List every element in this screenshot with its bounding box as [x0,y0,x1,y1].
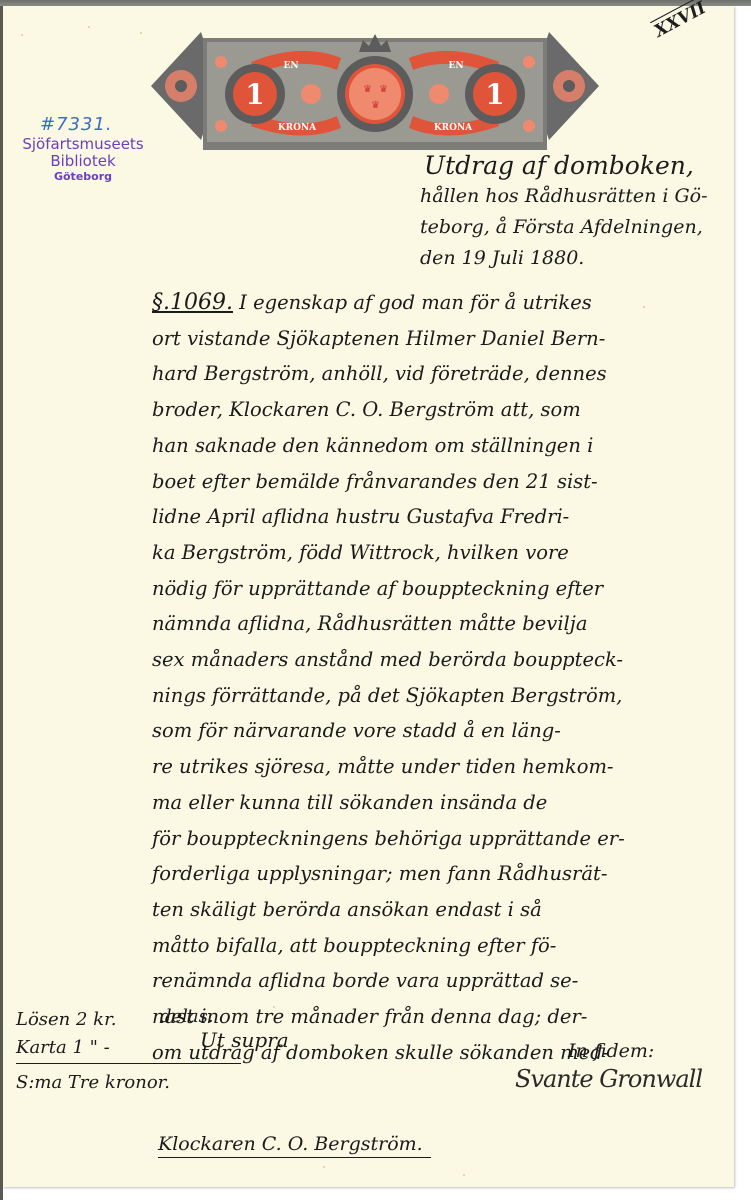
in-fidem: In fidem: [568,1040,654,1062]
heading-line2: hållen hos Rådhusrätten i Gö- [420,181,750,212]
stamp-bottom-label-left: KRONA [278,123,317,133]
library-stamp-line3: Göteborg [8,171,158,183]
body-line: §.1069. I egenskap af god man för å utri… [152,285,732,321]
svg-text:♛: ♛ [363,84,372,95]
body-line: ten skäligt berörda ansökan endast i så [152,892,732,928]
heading-title: Utdrag af domboken, [420,150,750,181]
stamp-bottom-label-right: KRONA [434,123,473,133]
archive-number: #7331. [40,114,113,135]
fee-total: S:ma Tre kronor. [16,1072,170,1093]
body-line: forderliga upplysningar; men fann Rådhus… [152,856,732,892]
revenue-stamp: ♛ ♛ ♛ EN EN 1 1 KRONA KRONA [151,22,599,150]
body-line: ka Bergström, född Wittrock, hvilken vor… [152,535,732,571]
document-heading: Utdrag af domboken, hållen hos Rådhusrät… [420,150,750,274]
stamp-top-label-right: EN [448,61,463,71]
body-last-word: delas. [160,1006,214,1027]
fee-divider [16,1063,241,1064]
body-line: sex månaders anstånd med berörda bouppte… [152,642,732,678]
addressee: Klockaren C. O. Bergström. [158,1133,431,1158]
body-line: för bouppteckningens behöriga upprättand… [152,821,732,857]
body-line: ort vistande Sjökaptenen Hilmer Daniel B… [152,321,732,357]
svg-text:♛: ♛ [379,84,388,95]
stamp-value-left: 1 [245,78,264,111]
case-number: §.1069. [152,290,233,315]
library-stamp-line2: Bibliotek [8,153,158,170]
clerk-signature: Svante Gronwall [515,1065,702,1093]
body-line: hard Bergström, anhöll, vid företräde, d… [152,356,732,392]
svg-text:♛: ♛ [371,100,380,111]
body-line: broder, Klockaren C. O. Bergström att, s… [152,392,732,428]
body-line: renämnda aflidna borde vara upprättad se… [152,963,732,999]
body-line: re utrikes sjöresa, måtte under tiden he… [152,749,732,785]
body-line: nings förrättande, på det Sjökapten Berg… [152,678,732,714]
stamp-value-right: 1 [485,78,504,111]
body-line: som för närvarande vore stadd å en läng- [152,713,732,749]
body-line: nämnda aflidna, Rådhusrätten måtte bevil… [152,606,732,642]
record-body: §.1069. I egenskap af god man för å utri… [152,285,732,1070]
ut-supra: Ut supra [200,1028,289,1052]
stamp-top-label-left: EN [283,61,298,71]
body-line: boet efter bemälde frånvarandes den 21 s… [152,464,732,500]
body-line: lidne April aflidna hustru Gustafva Fred… [152,499,732,535]
body-line: måtto bifalla, att bouppteckning efter f… [152,928,732,964]
library-stamp: Sjöfartsmuseets Bibliotek Göteborg [8,136,158,183]
heading-line3: teborg, å Första Afdelningen, [420,212,750,243]
heading-date: den 19 Juli 1880. [420,243,750,274]
body-line: ma eller kunna till sökanden insända de [152,785,732,821]
body-line: han saknade den kännedom om ställningen … [152,428,732,464]
body-line: nödig för upprättande af bouppteckning e… [152,571,732,607]
library-stamp-line1: Sjöfartsmuseets [8,136,158,153]
